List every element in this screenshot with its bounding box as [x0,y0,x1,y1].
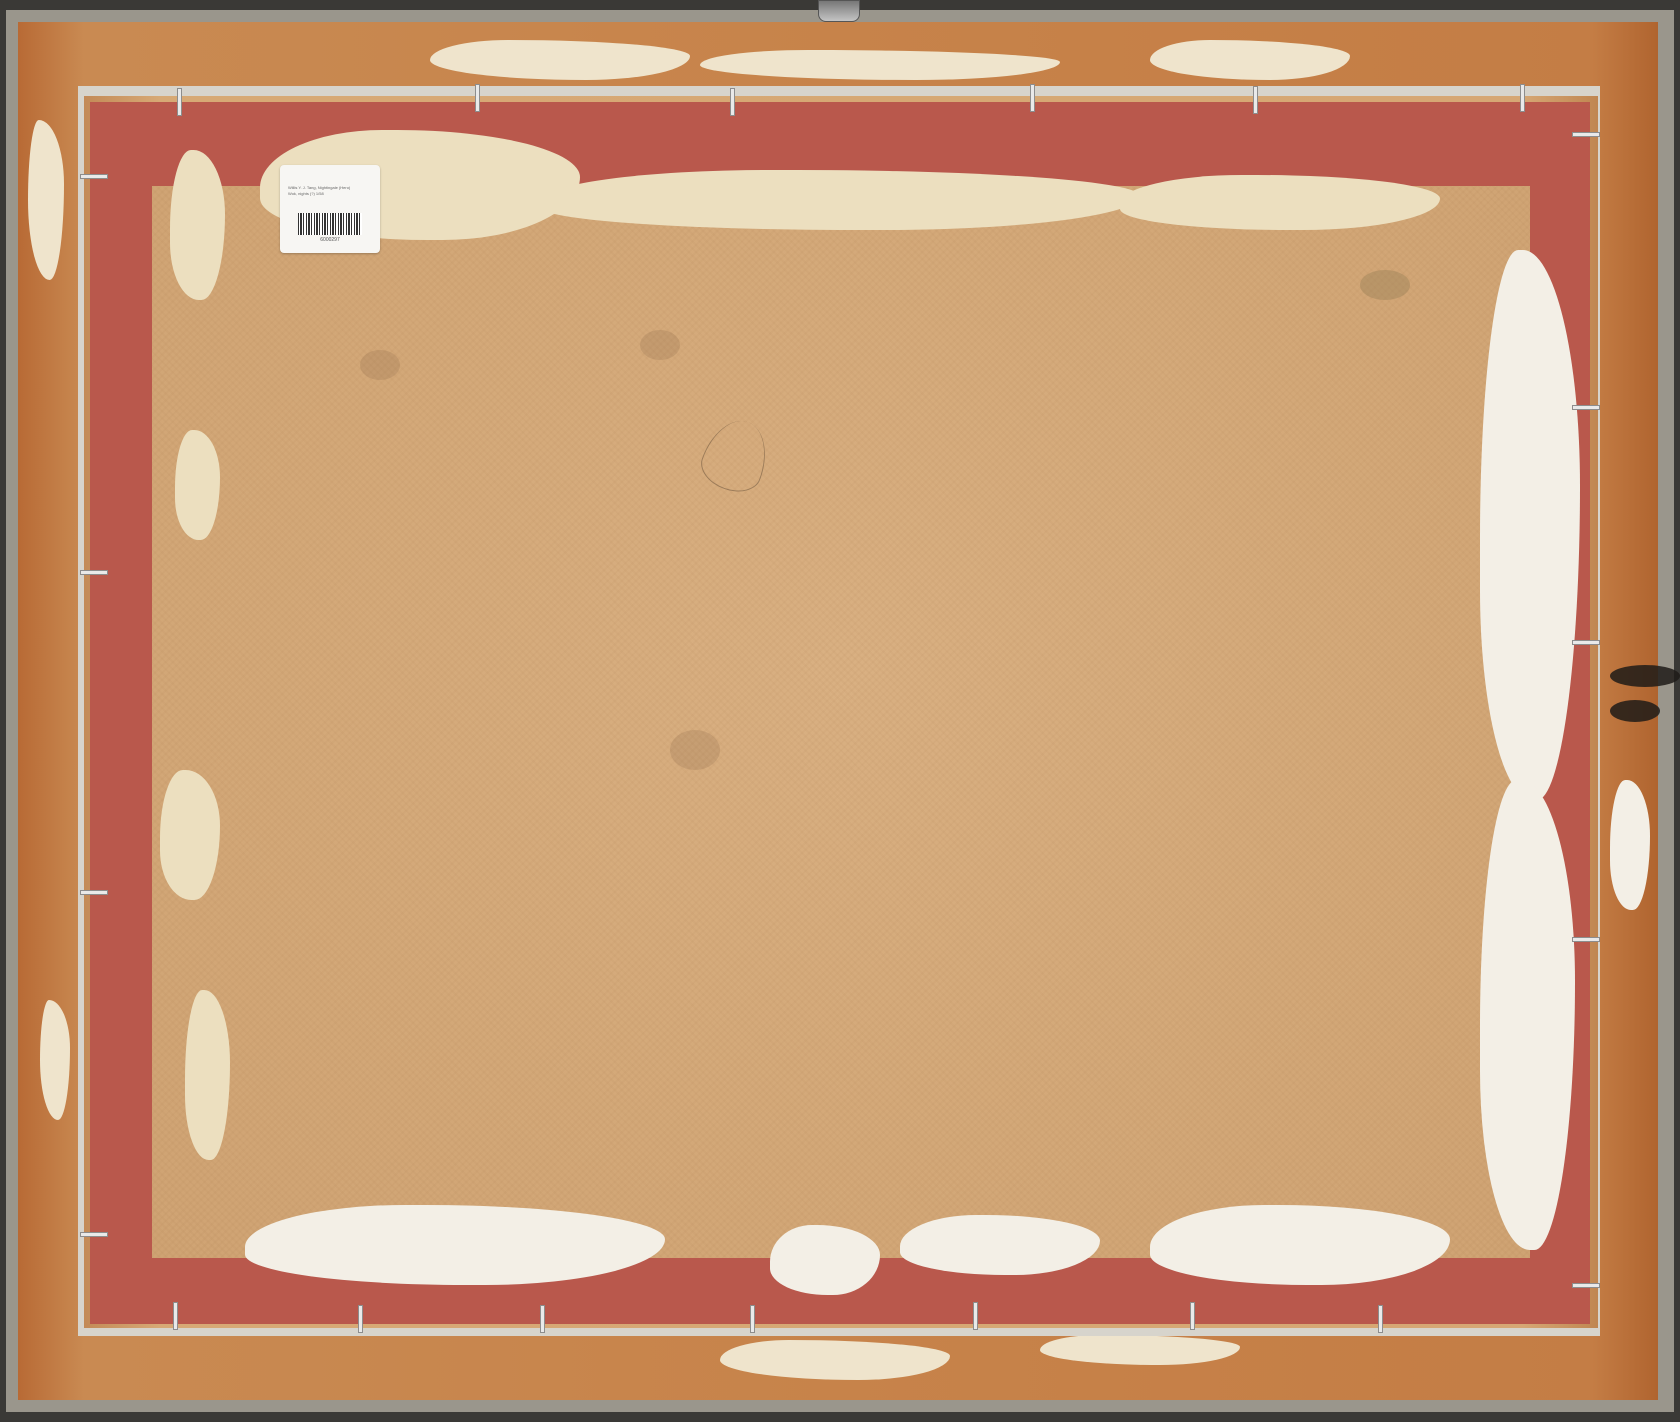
nail [1030,84,1035,112]
nail [1253,86,1258,114]
paper-remnant [1480,250,1580,800]
nail [475,84,480,112]
nail [540,1305,545,1333]
paper-remnant [245,1205,665,1285]
paper-remnant [40,1000,70,1120]
paper-remnant [540,170,1140,230]
nail [80,1232,108,1237]
nail [1378,1305,1383,1333]
hanger-bracket-icon [818,0,860,22]
nail [1572,1283,1600,1288]
barcode-number: 6000297 [280,237,380,243]
paper-remnant [28,120,64,280]
nail [80,174,108,179]
paper-remnant [175,430,220,540]
paper-remnant [900,1215,1100,1275]
nail [1520,84,1525,112]
paper-remnant [1480,780,1575,1250]
paper-remnant [770,1225,880,1295]
nail [973,1302,978,1330]
nail [1572,640,1600,645]
nail [173,1302,178,1330]
nail [80,570,108,575]
stain [670,730,720,770]
paper-remnant [1120,175,1440,230]
nail [1572,132,1600,137]
paper-remnant [160,770,220,900]
stain [1360,270,1410,300]
paper-remnant [1150,1205,1450,1285]
label-text: Willis Y. J. Tang, Nightingale (Hero) Wo… [288,185,374,197]
stain [360,350,400,380]
barcode-icon [298,213,362,235]
paper-remnant [1610,780,1650,910]
nail [177,88,182,116]
dark-mark [1610,700,1660,722]
nail [1572,937,1600,942]
canvas-back [152,186,1530,1258]
nail [730,88,735,116]
dark-mark [1610,665,1680,687]
label-line-2: Wok, nights (?) 1/58 [288,191,374,197]
nail [1572,405,1600,410]
nail [80,890,108,895]
stain [640,330,680,360]
paper-remnant [170,150,225,300]
nail [1190,1302,1195,1330]
nail [750,1305,755,1333]
paper-remnant [185,990,230,1160]
inventory-label: Willis Y. J. Tang, Nightingale (Hero) Wo… [280,165,380,253]
nail [358,1305,363,1333]
